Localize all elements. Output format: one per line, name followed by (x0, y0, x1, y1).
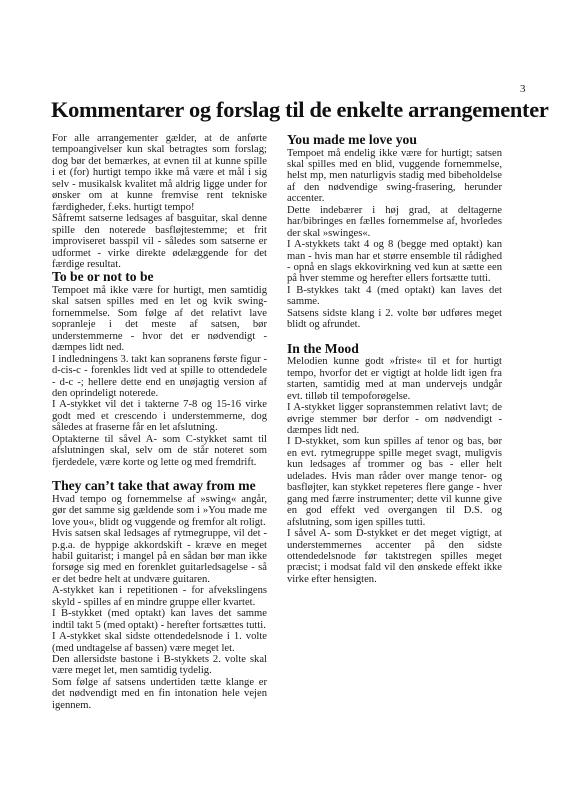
page-title: Kommentarer og forslag til de enkelte ar… (51, 97, 548, 123)
section-you-made-me-love-you: You made me love you Tempoet må endelig … (287, 133, 502, 331)
paragraph: Tempoet må endelig ikke være for hurtigt… (287, 148, 502, 205)
intro-paragraph: Såfremt satserne ledsages af basguitar, … (52, 213, 267, 270)
paragraph: Optakterne til såvel A- som C-stykket sa… (52, 434, 267, 468)
paragraph: I B-stykkes takt 4 (med optakt) kan lave… (287, 285, 502, 308)
paragraph: I indledningens 3. takt kan sopranens fø… (52, 354, 267, 400)
paragraph: A-stykket kan i repetitionen - for afvek… (52, 585, 267, 608)
paragraph: Melodien kunne godt »friste« til et for … (287, 356, 502, 402)
page-number: 3 (520, 83, 526, 95)
paragraph: I A-stykket skal sidste ottendedelsnode … (52, 631, 267, 654)
left-column: For alle arrangementer gælder, at de anf… (52, 133, 267, 711)
section-heading: You made me love you (287, 133, 502, 148)
paragraph: I B-stykket (med optakt) kan laves det s… (52, 608, 267, 631)
section-heading: To be or not to be (52, 270, 267, 285)
paragraph: I såvel A- som D-stykket er det meget vi… (287, 528, 502, 585)
paragraph: I A-stykket vil det i takterne 7-8 og 15… (52, 399, 267, 433)
paragraph: Den allersidste bastone i B-stykkets 2. … (52, 654, 267, 677)
paragraph: I D-stykket, som kun spilles af tenor og… (287, 436, 502, 528)
section-in-the-mood: In the Mood Melodien kunne godt »friste«… (287, 342, 502, 586)
paragraph: Dette indebærer i høj grad, at deltagern… (287, 205, 502, 239)
paragraph: I A-stykkets takt 4 og 8 (begge med opta… (287, 239, 502, 285)
section-to-be-or-not-to-be: To be or not to be Tempoet må ikke være … (52, 270, 267, 468)
section-they-cant-take-that-away: They can’t take that away from me Hvad t… (52, 479, 267, 711)
intro-paragraph: For alle arrangementer gælder, at de anf… (52, 133, 267, 213)
section-heading: In the Mood (287, 342, 502, 357)
paragraph: Tempoet må ikke være for hurtigt, men sa… (52, 285, 267, 354)
paragraph: I A-stykket ligger sopranstemmen relativ… (287, 402, 502, 436)
paragraph: Hvis satsen skal ledsages af rytmegruppe… (52, 528, 267, 585)
intro-section: For alle arrangementer gælder, at de anf… (52, 133, 267, 270)
right-column: You made me love you Tempoet må endelig … (287, 133, 502, 585)
paragraph: Satsens sidste klang i 2. volte bør udfø… (287, 308, 502, 331)
section-heading: They can’t take that away from me (52, 479, 267, 494)
paragraph: Som følge af satsens undertiden tætte kl… (52, 677, 267, 711)
paragraph: Hvad tempo og fornemmelse af »swing« ang… (52, 494, 267, 528)
